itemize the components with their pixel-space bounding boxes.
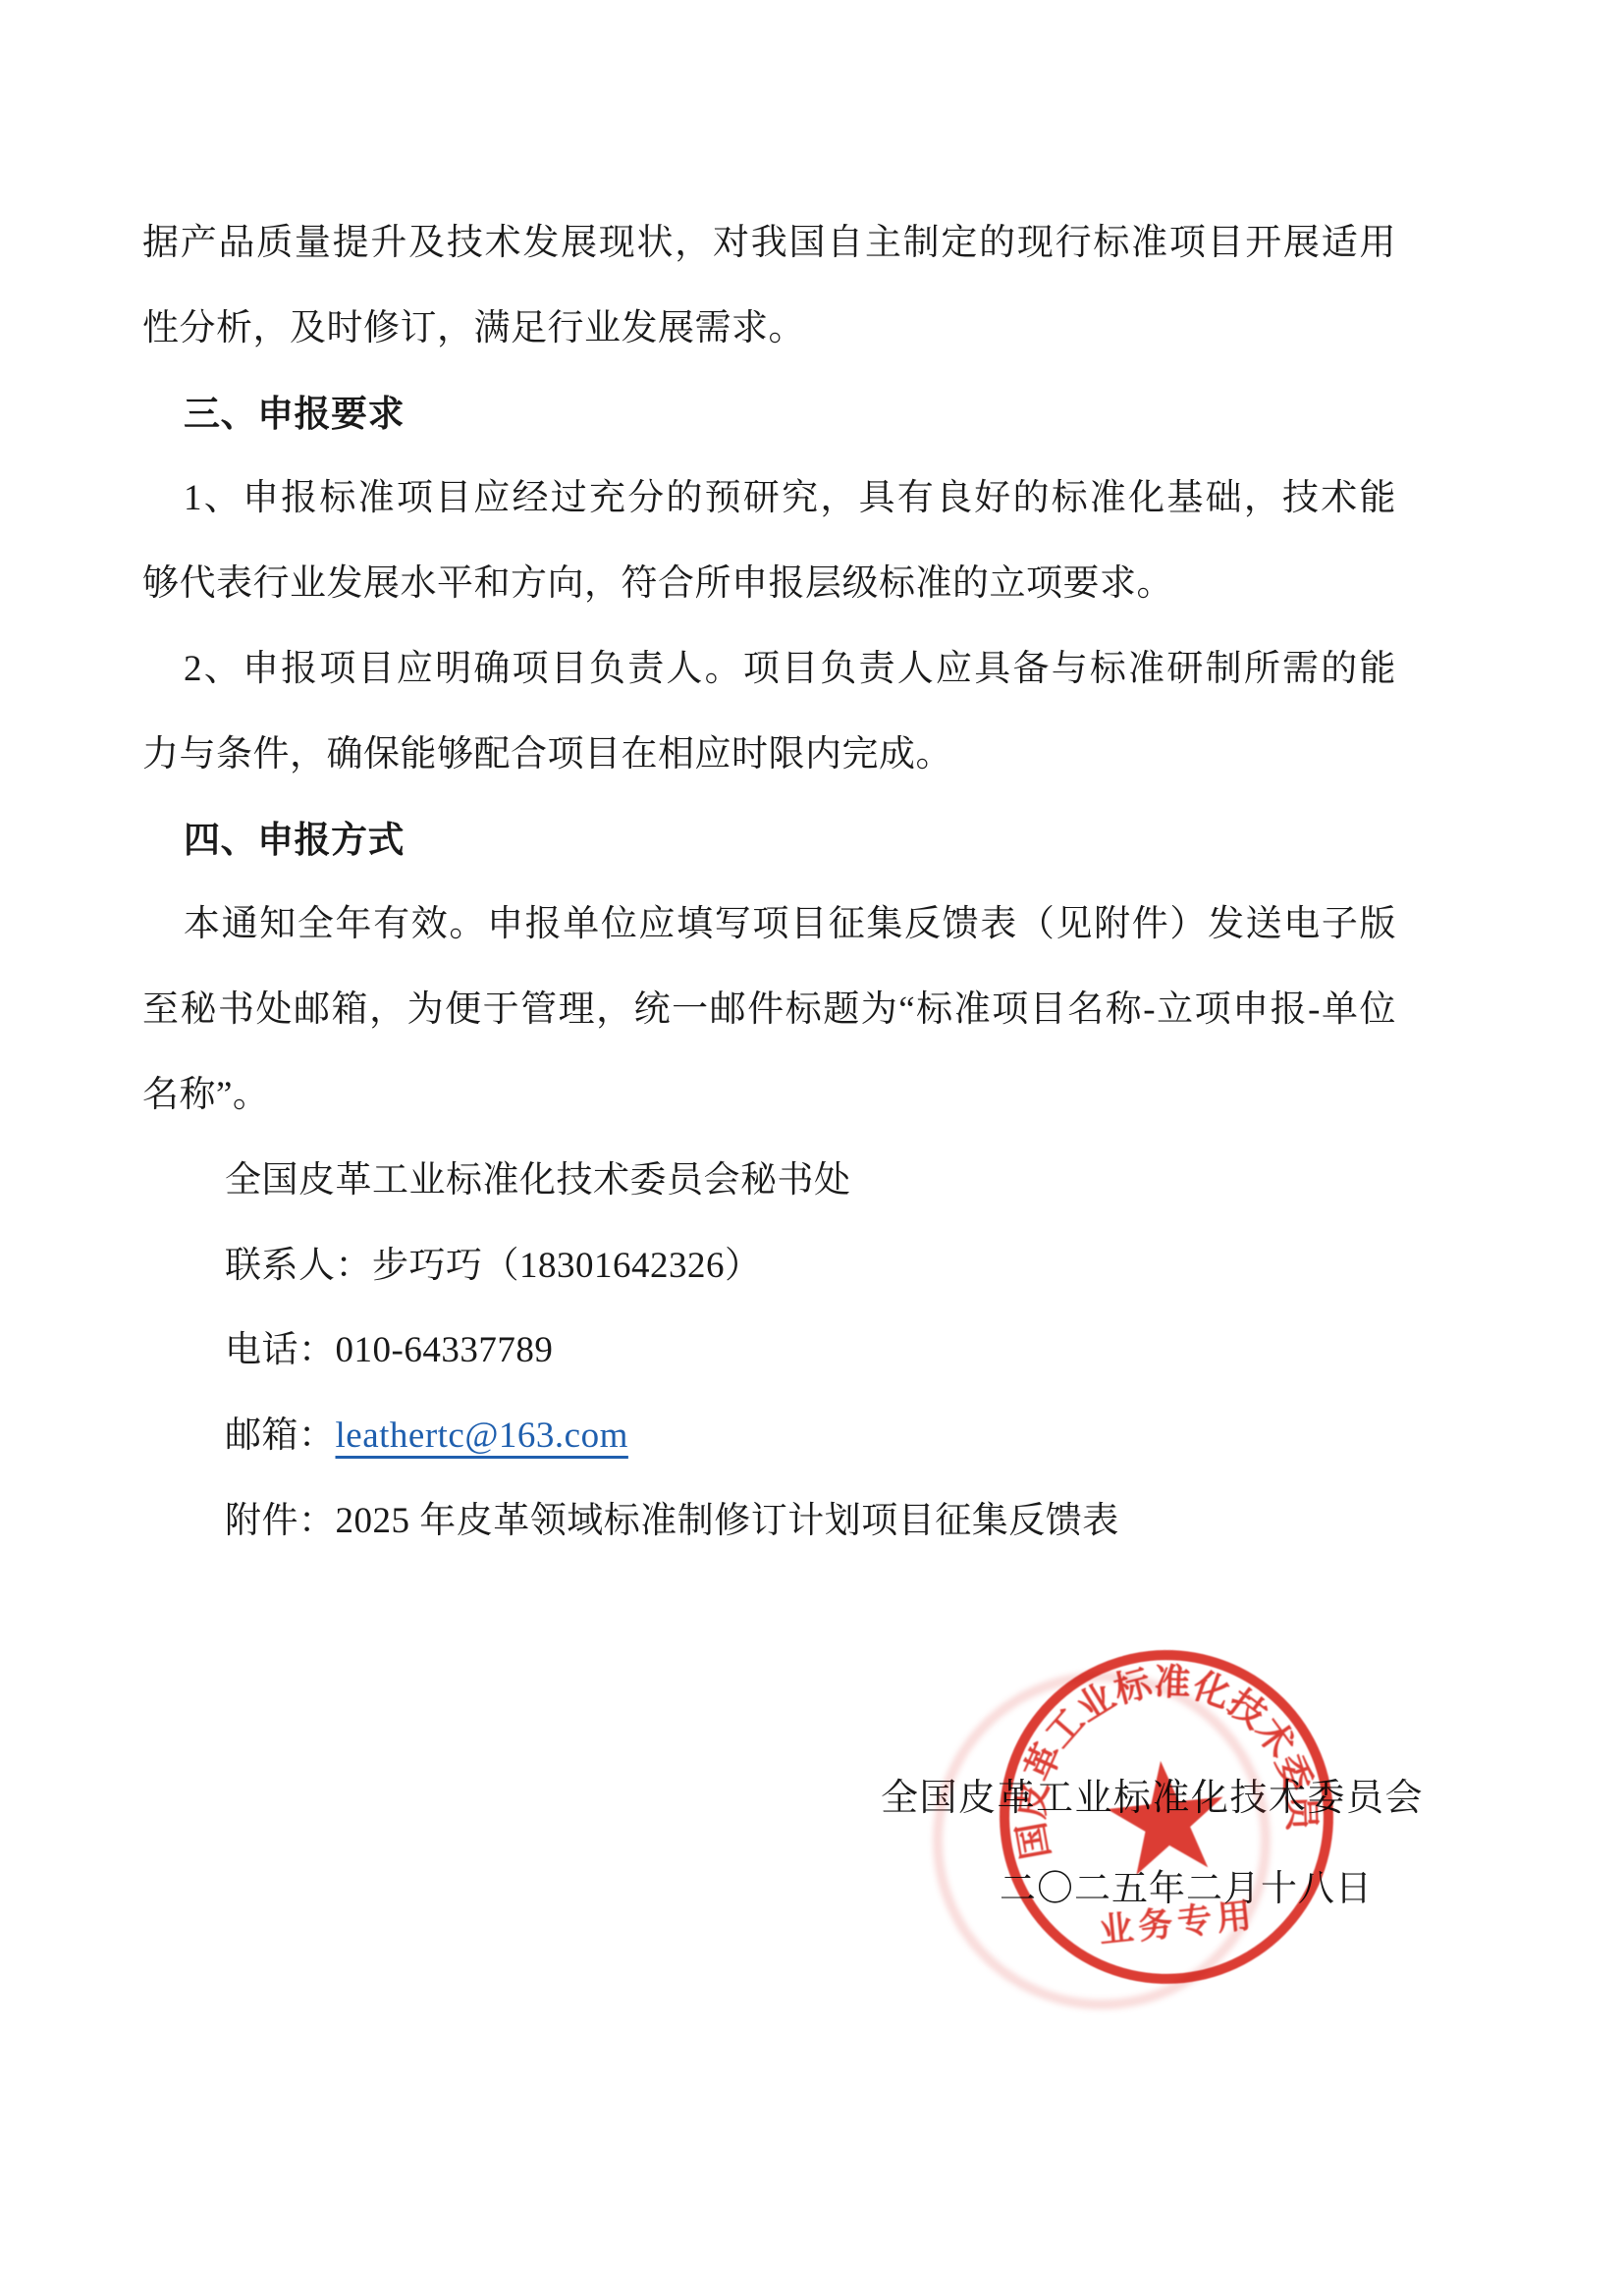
- email-link[interactable]: leathertc@163.com: [336, 1415, 628, 1456]
- document-line: 力与条件，确保能够配合项目在相应时限内完成。: [142, 713, 1396, 798]
- email-label: 邮箱：: [225, 1415, 336, 1456]
- seal-star-icon: [1103, 1755, 1230, 1878]
- document-line: 够代表行业发展水平和方向，符合所申报层级标准的立项要求。: [142, 542, 1396, 627]
- document-line: 据产品质量提升及技术发展现状，对我国自主制定的现行标准项目开展适用: [142, 201, 1396, 287]
- document-line: 性分析，及时修订，满足行业发展需求。: [142, 287, 1396, 372]
- document-line: 至秘书处邮箱，为便于管理，统一邮件标题为“标准项目名称-立项申报-单位: [142, 968, 1396, 1053]
- seal-bottom-text: 业务专用: [1097, 1896, 1258, 1951]
- document-line: 全国皮革工业标准化技术委员会秘书处: [142, 1139, 1396, 1224]
- document-line: 电话：010-64337789: [142, 1308, 1396, 1394]
- document-line: 2、申报项目应明确项目负责人。项目负责人应具备与标准研制所需的能: [142, 627, 1396, 713]
- document-line: 附件：2025 年皮革领域标准制修订计划项目征集反馈表: [142, 1479, 1396, 1565]
- official-seal: 全国皮革工业标准化技术委员会 业务专用: [971, 1622, 1362, 2012]
- document-line: 名称”。: [142, 1053, 1396, 1139]
- document-line: 三、申报要求: [142, 372, 1396, 457]
- document-line: 邮箱：leathertc@163.com: [142, 1394, 1396, 1479]
- document-line: 本通知全年有效。申报单位应填写项目征集反馈表（见附件）发送电子版: [142, 882, 1396, 968]
- document-page: 据产品质量提升及技术发展现状，对我国自主制定的现行标准项目开展适用性分析，及时修…: [0, 0, 1624, 2296]
- document-line: 1、申报标准项目应经过充分的预研究，具有良好的标准化基础，技术能: [142, 456, 1396, 542]
- document-line: 联系人：步巧巧（18301642326）: [142, 1224, 1396, 1309]
- document-line: 四、申报方式: [142, 798, 1396, 883]
- document-body: 据产品质量提升及技术发展现状，对我国自主制定的现行标准项目开展适用性分析，及时修…: [142, 201, 1396, 1565]
